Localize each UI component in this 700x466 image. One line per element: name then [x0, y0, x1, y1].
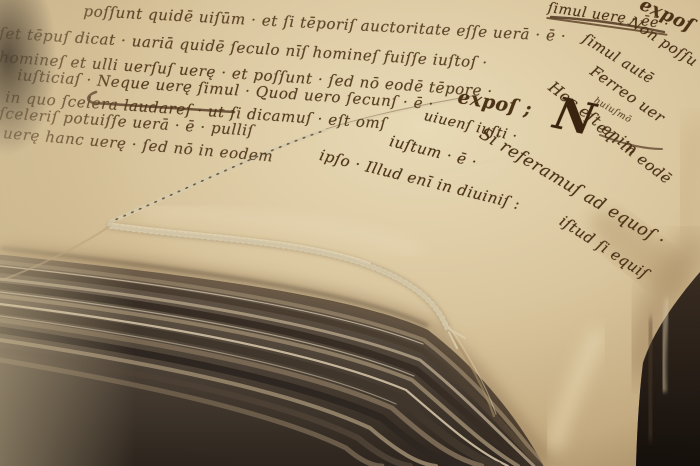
manuscript-keyword: expoſ ;	[456, 86, 533, 121]
manuscript-text: expoſ ſimul uerę · ēē · Non poſſu poſſun…	[0, 0, 700, 466]
manuscript-photo: expoſ ſimul uerę · ēē · Non poſſu poſſun…	[0, 0, 700, 466]
manuscript-line: eq: in eodē	[593, 118, 675, 188]
initial-letter: N	[549, 88, 599, 146]
